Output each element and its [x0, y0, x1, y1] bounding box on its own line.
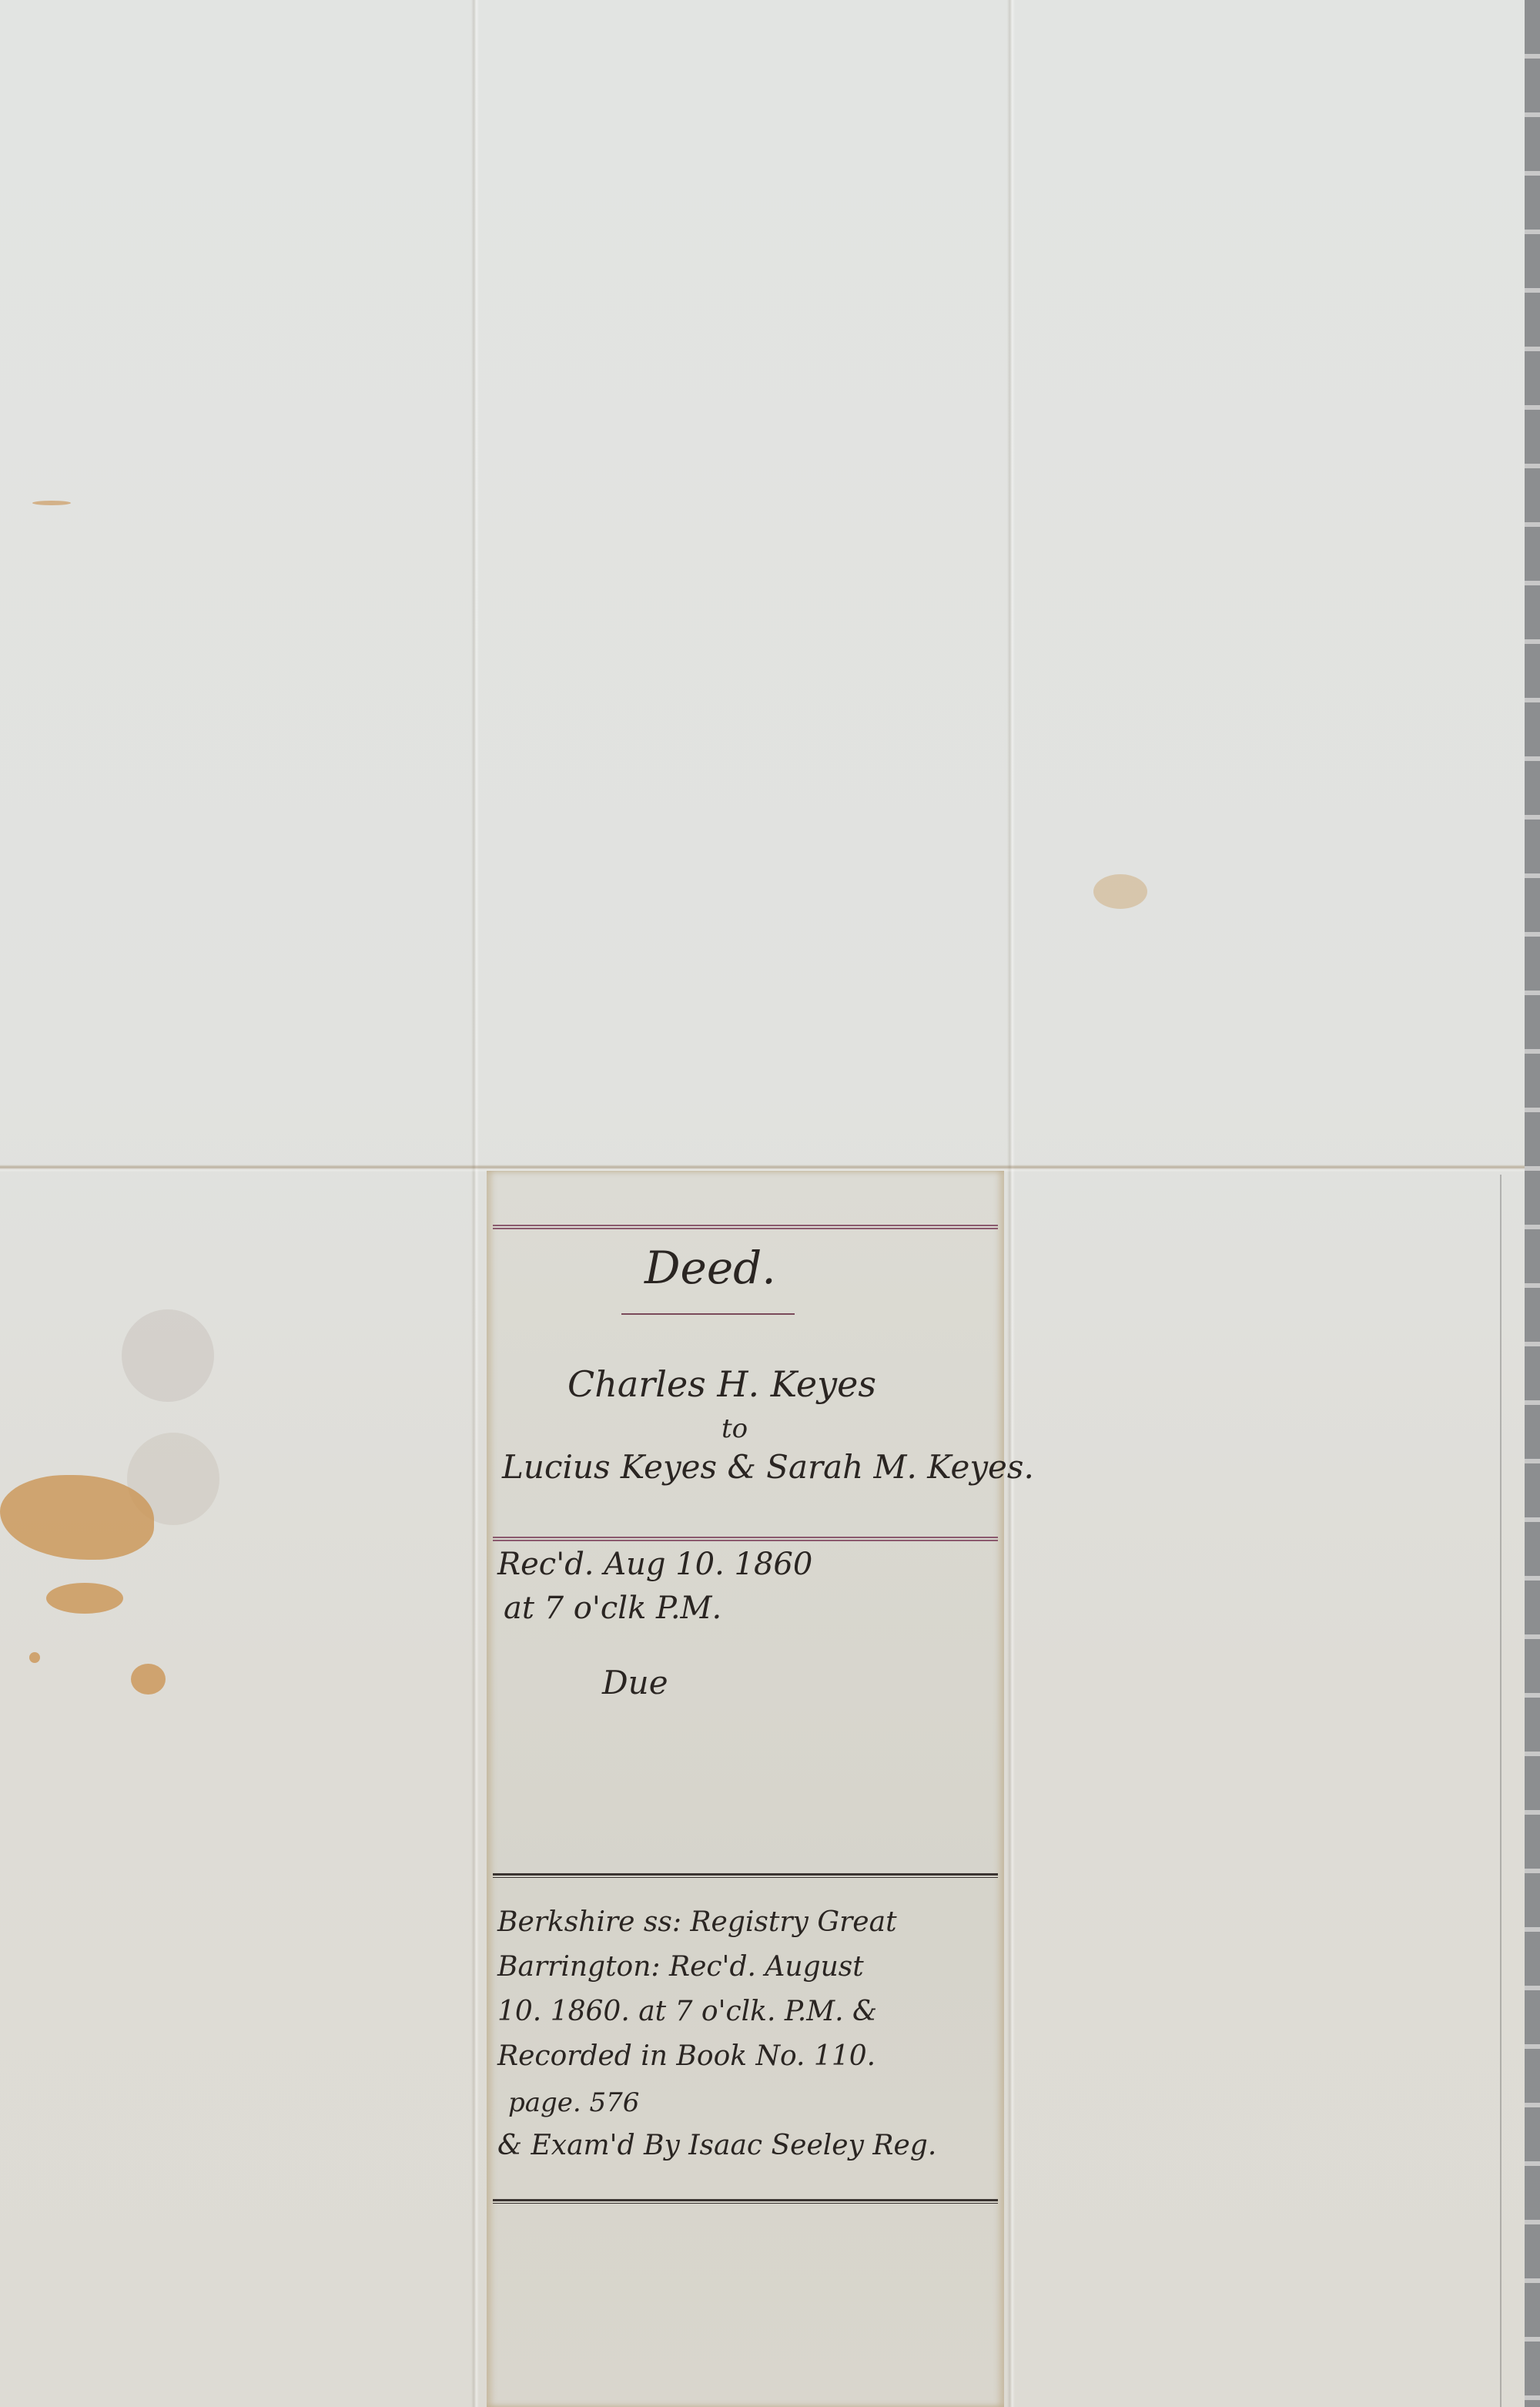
registry-line-4: Recorded in Book No. 110. — [497, 2040, 875, 2072]
registry-line-3: 10. 1860. at 7 o'clk. P.M. & — [497, 1996, 877, 2027]
right-margin-line — [1500, 1175, 1501, 2407]
docket-panel: Deed. Charles H. Keyes to Lucius Keyes &… — [487, 1171, 1004, 2407]
grantor-name: Charles H. Keyes — [567, 1363, 876, 1405]
water-stain — [29, 1652, 40, 1663]
grantee-names: Lucius Keyes & Sarah M. Keyes. — [502, 1448, 1034, 1486]
fee-due: Due — [602, 1664, 668, 1701]
received-line-1: Rec'd. Aug 10. 1860 — [497, 1547, 812, 1582]
water-stain — [131, 1664, 166, 1695]
water-stain — [0, 1475, 154, 1560]
vertical-fold-left — [471, 0, 479, 2407]
ink-speck — [32, 501, 71, 505]
deed-title: Deed. — [644, 1242, 776, 1294]
ring-stain — [122, 1309, 214, 1402]
middle-red-rule — [493, 1537, 998, 1541]
registry-bottom-rule — [493, 2199, 998, 2204]
document-sheet: Deed. Charles H. Keyes to Lucius Keyes &… — [0, 0, 1525, 2407]
registry-line-1: Berkshire ss: Registry Great — [497, 1906, 897, 1938]
vertical-fold-right — [1007, 0, 1015, 2407]
received-line-2: at 7 o'clk P.M. — [504, 1591, 721, 1626]
top-red-rule — [493, 1225, 998, 1229]
small-stain — [1093, 874, 1147, 909]
conjunction-to: to — [721, 1413, 748, 1444]
registry-top-rule — [493, 1873, 998, 1878]
registry-line-5: page. 576 — [508, 2087, 639, 2118]
registry-signature-line: & Exam'd By Isaac Seeley Reg. — [497, 2130, 936, 2161]
scale-ruler — [1525, 0, 1540, 2407]
title-underline — [621, 1313, 795, 1315]
registry-line-2: Barrington: Rec'd. August — [497, 1951, 864, 1983]
water-stain — [46, 1583, 123, 1614]
